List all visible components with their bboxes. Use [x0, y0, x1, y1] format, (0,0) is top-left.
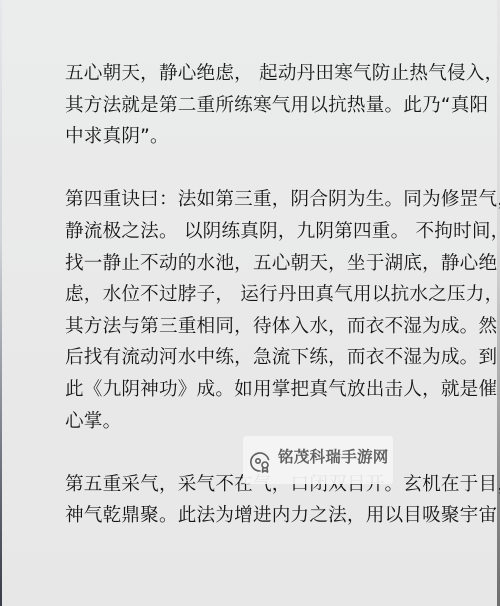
text-line: 找一静止不动的水池，五心朝天，坐于湖底，静心绝: [65, 248, 443, 280]
article-body: 五心朝天，静心绝虑， 起动丹田寒气防止热气侵入， 其方法就是第二重所练寒气用以抗…: [65, 58, 443, 564]
badge-circle-icon: [249, 450, 273, 474]
text-line: 其方法就是第二重所练寒气用以抗热量。此乃“真阳: [65, 90, 443, 122]
text-line: 中求真阴”。: [65, 121, 443, 153]
text-line: 心掌。: [65, 406, 443, 438]
paragraph-2: 第四重诀曰：法如第三重，阴合阴为生。同为修罡气， 静流极之法。 以阴练真阴，九阴…: [65, 184, 443, 437]
watermark: 铭茂科瑞手游网: [243, 436, 393, 484]
text-line: 第四重诀曰：法如第三重，阴合阴为生。同为修罡气，: [65, 184, 443, 216]
text-line: 静流极之法。 以阴练真阴，九阴第四重。 不拘时间，: [65, 216, 443, 248]
page-edge-left: [0, 0, 2, 606]
text-line: 五心朝天，静心绝虑， 起动丹田寒气防止热气侵入，: [65, 58, 443, 90]
text-line: 神气乾鼎聚。此法为增进内力之法，用以目吸聚宇宙: [65, 500, 443, 532]
text-line: 虑，水位不过脖子， 运行丹田真气用以抗水之压力，: [65, 279, 443, 311]
paragraph-1: 五心朝天，静心绝虑， 起动丹田寒气防止热气侵入， 其方法就是第二重所练寒气用以抗…: [65, 58, 443, 153]
text-line: 此《九阴神功》成。如用掌把真气放出击人，就是催: [65, 374, 443, 406]
watermark-text: 铭茂科瑞手游网: [278, 445, 389, 467]
document-page: 五心朝天，静心绝虑， 起动丹田寒气防止热气侵入， 其方法就是第二重所练寒气用以抗…: [0, 0, 500, 606]
text-line: 其方法与第三重相同，待体入水，而衣不湿为成。然: [65, 311, 443, 343]
text-line: 后找有流动河水中练，急流下练，而衣不湿为成。到: [65, 342, 443, 374]
